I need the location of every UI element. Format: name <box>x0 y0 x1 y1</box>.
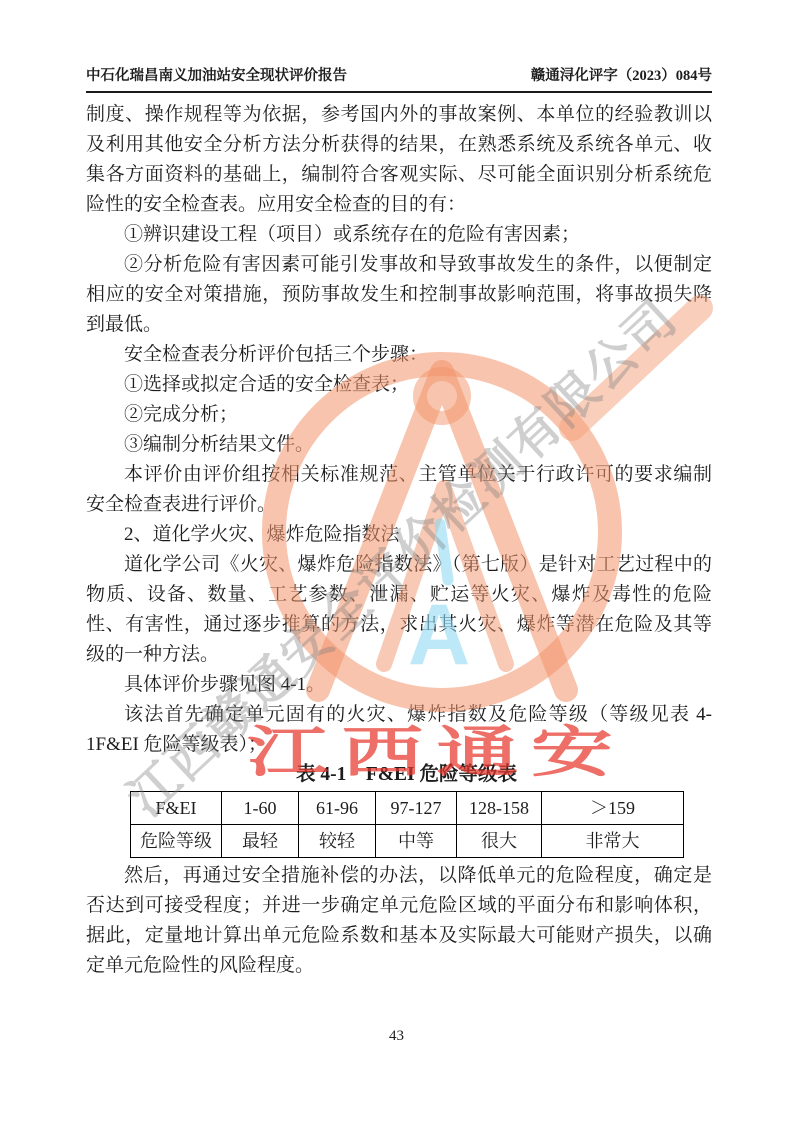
page-number: 43 <box>0 1028 793 1045</box>
paragraph: 制度、操作规程等为依据，参考国内外的事故案例、本单位的经验教训以及利用其他安全分… <box>86 100 712 220</box>
paragraph: 然后，再通过安全措施补偿的办法，以降低单元的危险程度，确定是否达到可接受程度；并… <box>86 861 712 981</box>
paragraph: ①辨识建设工程（项目）或系统存在的危险有害因素； <box>86 220 712 250</box>
table-cell: 最轻 <box>222 825 299 858</box>
paragraph: ③编制分析结果文件。 <box>86 430 712 460</box>
paragraph: 具体评价步骤见图 4-1。 <box>86 670 712 700</box>
header-doc-number: 赣通浔化评字（2023）084号 <box>531 64 712 85</box>
table-cell: ＞159 <box>542 792 684 825</box>
paragraph: ②完成分析； <box>86 400 712 430</box>
table-cell: 61-96 <box>299 792 376 825</box>
table-cell: 很大 <box>457 825 542 858</box>
paragraph: 该法首先确定单元固有的火灾、爆炸指数及危险等级（等级见表 4-1F&EI 危险等… <box>86 700 712 760</box>
paragraph: ②分析危险有害因素可能引发事故和导致事故发生的条件，以便制定相应的安全对策措施，… <box>86 250 712 340</box>
table-cell: 较轻 <box>299 825 376 858</box>
table-cell: 非常大 <box>542 825 684 858</box>
page-header: 中石化瑞昌南义加油站安全现状评价报告 赣通浔化评字（2023）084号 <box>86 64 712 93</box>
section-heading: 2、道化学火灾、爆炸危险指数法 <box>86 520 712 550</box>
table-cell: 128-158 <box>457 792 542 825</box>
paragraph: 道化学公司《火灾、爆炸危险指数法》（第七版）是针对工艺过程中的物质、设备、数量、… <box>86 550 712 670</box>
body-text: 制度、操作规程等为依据，参考国内外的事故案例、本单位的经验教训以及利用其他安全分… <box>86 100 712 981</box>
table-caption: 表 4-1 F&EI 危险等级表 <box>130 761 683 789</box>
header-report-title: 中石化瑞昌南义加油站安全现状评价报告 <box>86 64 347 85</box>
paragraph: ①选择或拟定合适的安全检查表； <box>86 370 712 400</box>
table-row: 危险等级 最轻 较轻 中等 很大 非常大 <box>131 825 684 858</box>
fei-risk-table: F&EI 1-60 61-96 97-127 128-158 ＞159 危险等级… <box>130 791 684 858</box>
table-cell: F&EI <box>131 792 222 825</box>
paragraph: 安全检查表分析评价包括三个步骤： <box>86 340 712 370</box>
table-cell: 97-127 <box>376 792 457 825</box>
document-page: 中石化瑞昌南义加油站安全现状评价报告 赣通浔化评字（2023）084号 制度、操… <box>0 0 793 1122</box>
paragraph: 本评价由评价组按相关标准规范、主管单位关于行政许可的要求编制安全检查表进行评价。 <box>86 460 712 520</box>
table-row: F&EI 1-60 61-96 97-127 128-158 ＞159 <box>131 792 684 825</box>
table-cell: 危险等级 <box>131 825 222 858</box>
table-cell: 1-60 <box>222 792 299 825</box>
table-cell: 中等 <box>376 825 457 858</box>
